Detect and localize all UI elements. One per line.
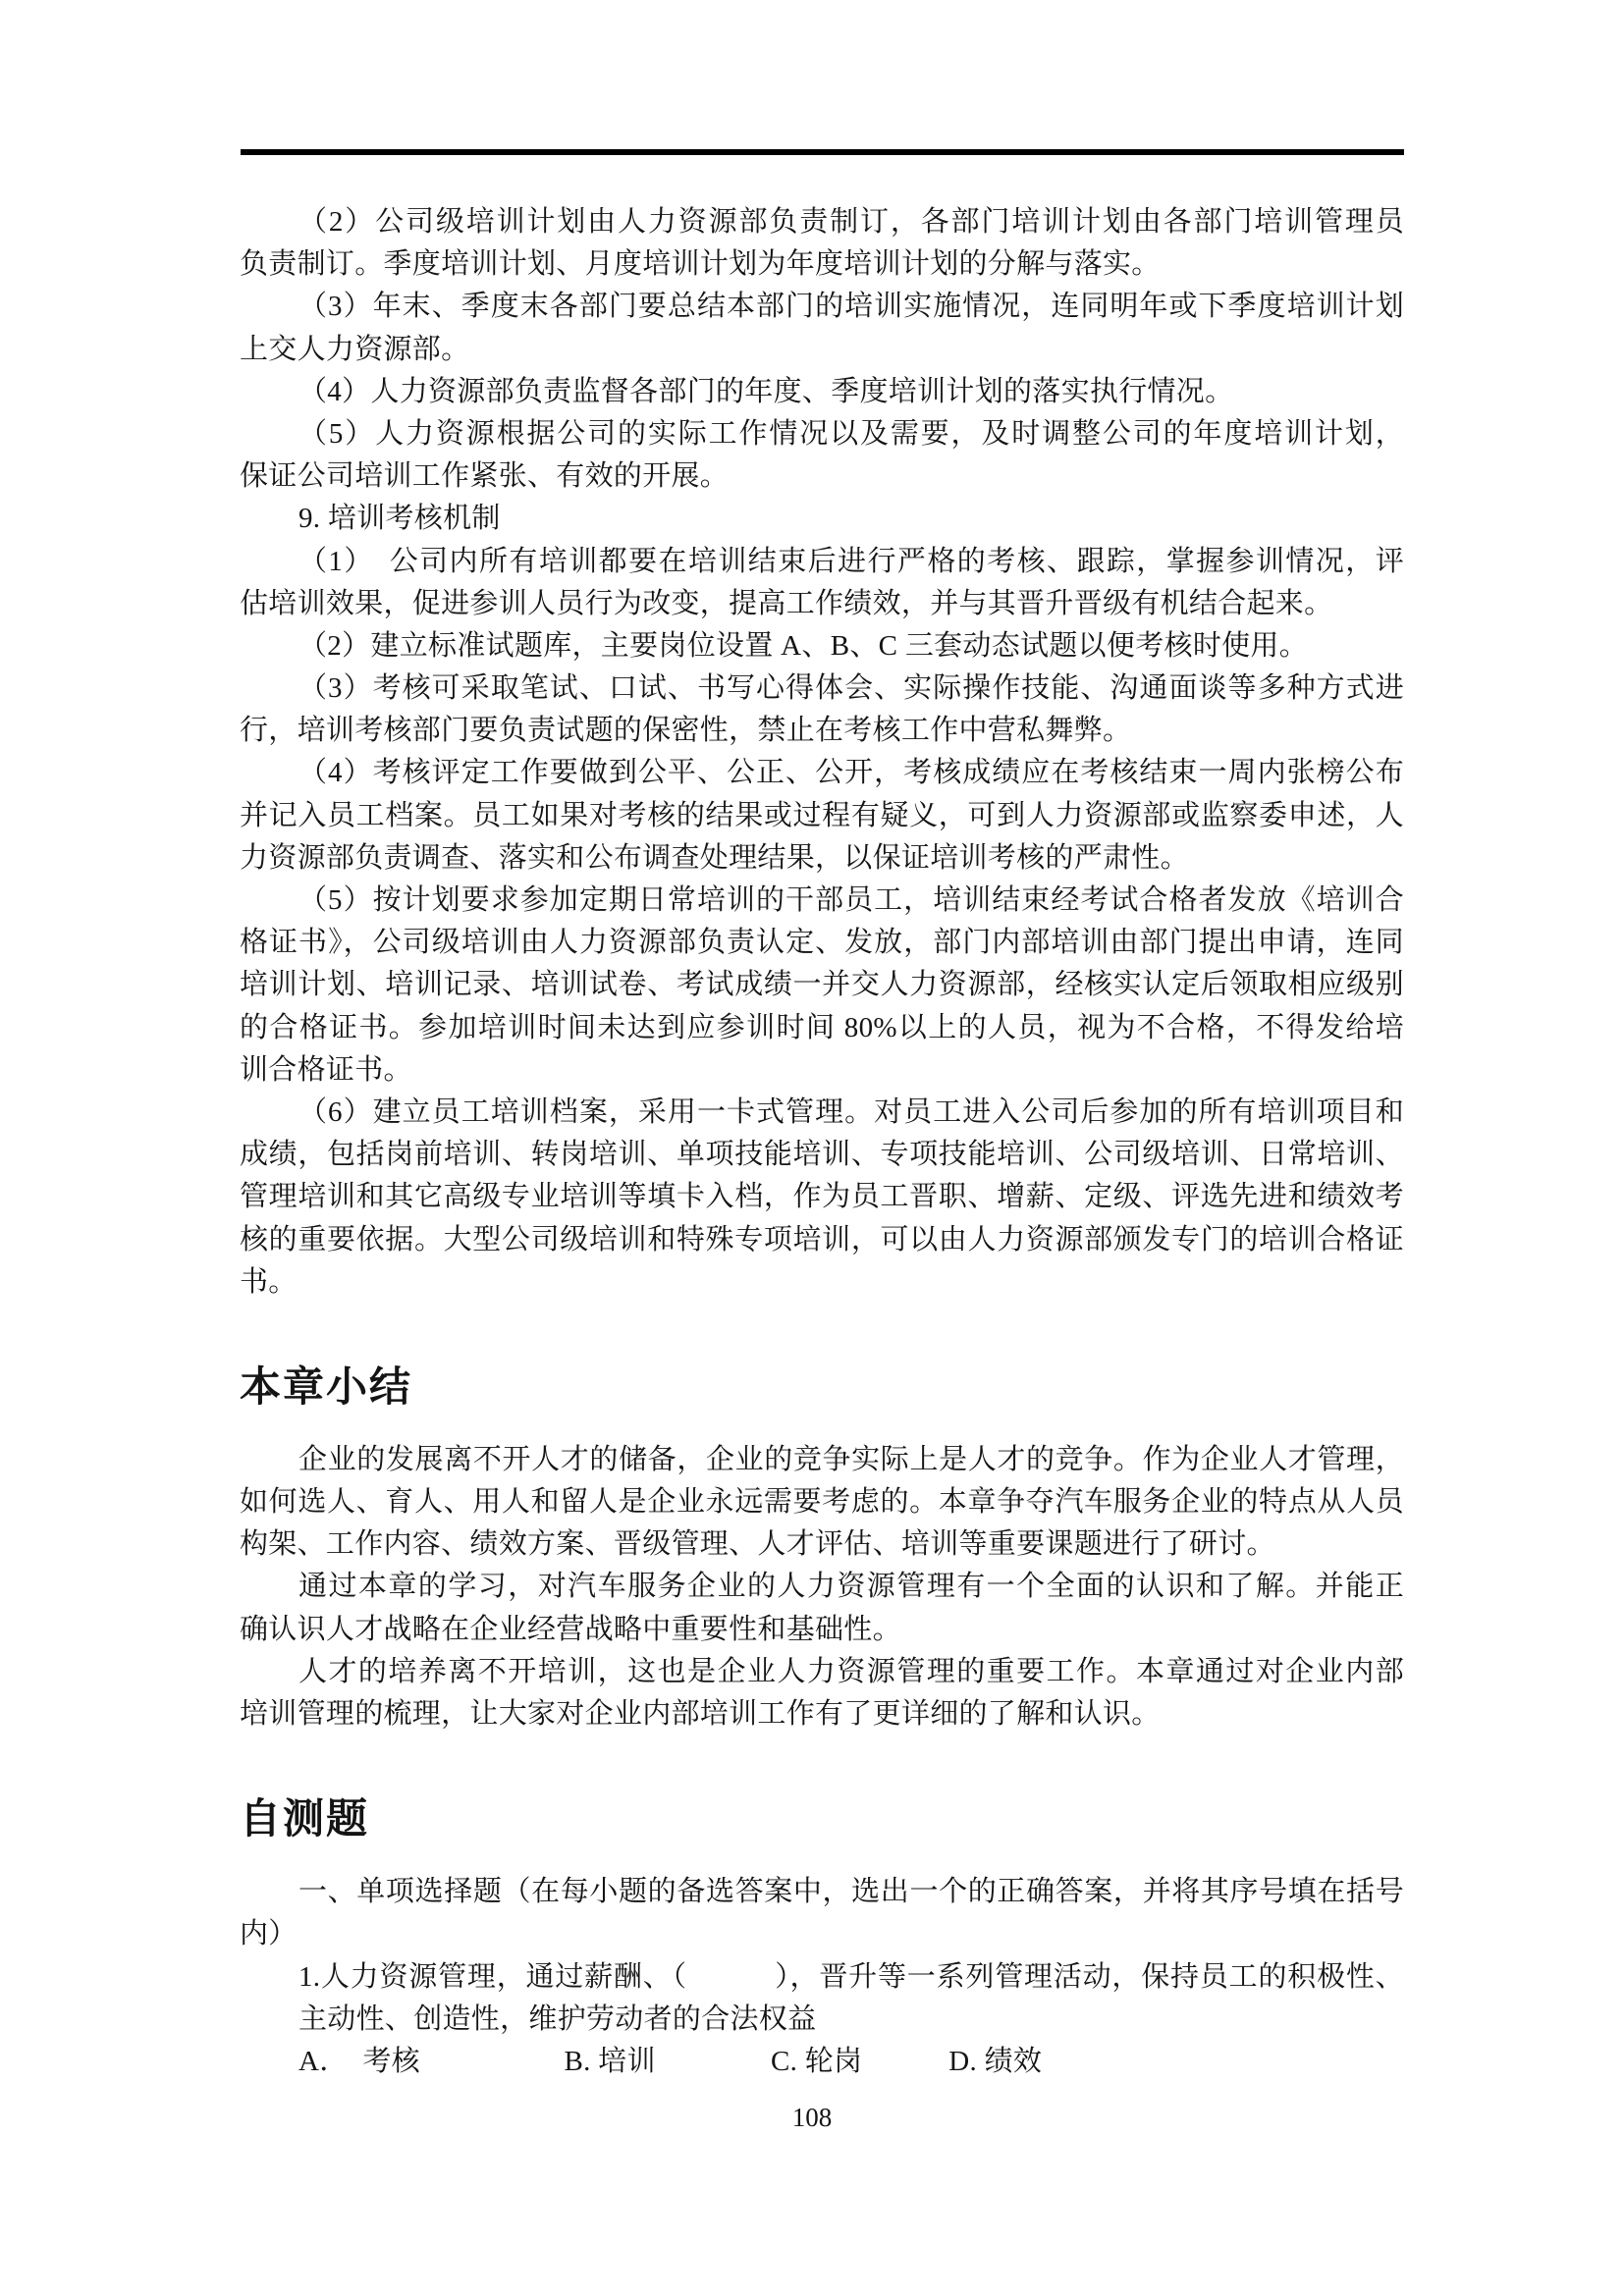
text-line: 上交人力资源部。 <box>240 329 1404 371</box>
header-rule <box>241 149 1404 155</box>
text-line: 人才的培养离不开培训，这也是企业人力资源管理的重要工作。本章通过对企业内部 <box>240 1651 1404 1693</box>
text-line: （1） 公司内所有培训都要在培训结束后进行严格的考核、跟踪，掌握参训情况，评 <box>240 541 1404 583</box>
text-line: 核的重要依据。大型公司级培训和特殊专项培训，可以由人力资源部颁发专门的培训合格证 <box>240 1219 1404 1261</box>
text-line: 企业的发展离不开人才的储备，企业的竞争实际上是人才的竞争。作为企业人才管理， <box>240 1439 1404 1481</box>
text-line: 内） <box>240 1913 1404 1955</box>
text-line: （6）建立员工培训档案，采用一卡式管理。对员工进入公司后参加的所有培训项目和 <box>240 1092 1404 1134</box>
text-line: 格证书》，公司级培训由人力资源部负责认定、发放，部门内部培训由部门提出申请，连同 <box>240 922 1404 964</box>
text-line: 行，培训考核部门要负责试题的保密性，禁止在考核工作中营私舞弊。 <box>240 710 1404 752</box>
text-line: （4）考核评定工作要做到公平、公正、公开，考核成绩应在考核结束一周内张榜公布 <box>240 752 1404 794</box>
self-test-heading: 自测题 <box>240 1794 1404 1845</box>
text-line: （4）人力资源部负责监督各部门的年度、季度培训计划的落实执行情况。 <box>240 371 1404 413</box>
text-line: 书。 <box>240 1261 1404 1304</box>
text-line: 如何选人、育人、用人和留人是企业永远需要考虑的。本章争夺汽车服务企业的特点从人员 <box>240 1481 1404 1523</box>
text-line: 主动性、创造性，维护劳动者的合法权益 <box>240 1999 1404 2041</box>
text-line: 管理培训和其它高级专业培训等填卡入档，作为员工晋职、增薪、定级、评选先进和绩效考 <box>240 1176 1404 1218</box>
text-line: 保证公司培训工作紧张、有效的开展。 <box>240 455 1404 498</box>
text-line: 培训计划、培训记录、培训试卷、考试成绩一并交人力资源部，经核实认定后领取相应级别 <box>240 964 1404 1006</box>
text-line: 确认识人才战略在企业经营战略中重要性和基础性。 <box>240 1609 1404 1651</box>
text-line: 通过本章的学习，对汽车服务企业的人力资源管理有一个全面的认识和了解。并能正 <box>240 1566 1404 1608</box>
text-line: （2）公司级培训计划由人力资源部负责制订，各部门培训计划由各部门培训管理员 <box>240 201 1404 243</box>
text-line: 力资源部负责调查、落实和公布调查处理结果，以保证培训考核的严肃性。 <box>240 837 1404 880</box>
text-line: 培训管理的梳理，让大家对企业内部培训工作有了更详细的了解和认识。 <box>240 1693 1404 1735</box>
text-line: 成绩，包括岗前培训、转岗培训、单项技能培训、专项技能培训、公司级培训、日常培训、 <box>240 1134 1404 1176</box>
text-line: （3）年末、季度末各部门要总结本部门的培训实施情况，连同明年或下季度培训计划 <box>240 286 1404 328</box>
document-page: （2）公司级培训计划由人力资源部负责制订，各部门培训计划由各部门培训管理员负责制… <box>0 0 1624 2296</box>
chapter-summary-heading: 本章小结 <box>240 1362 1404 1414</box>
text-line: 的合格证书。参加培训时间未达到应参训时间 80%以上的人员，视为不合格，不得发给… <box>240 1007 1404 1049</box>
text-line: 估培训效果，促进参训人员行为改变，提高工作绩效，并与其晋升晋级有机结合起来。 <box>240 583 1404 625</box>
text-line: 构架、工作内容、绩效方案、晋级管理、人才评估、培训等重要课题进行了研讨。 <box>240 1523 1404 1566</box>
text-line: 一、单项选择题（在每小题的备选答案中，选出一个的正确答案，并将其序号填在括号 <box>240 1871 1404 1913</box>
text-line: 1.人力资源管理，通过薪酬、（ ），晋升等一系列管理活动，保持员工的积极性、 <box>240 1956 1404 1999</box>
text-line: （2）建立标准试题库，主要岗位设置 A、B、C 三套动态试题以便考核时使用。 <box>240 625 1404 667</box>
text-line: 负责制订。季度培训计划、月度培训计划为年度培训计划的分解与落实。 <box>240 243 1404 286</box>
text-line: 并记入员工档案。员工如果对考核的结果或过程有疑义，可到人力资源部或监察委申述，人 <box>240 795 1404 837</box>
text-line: A． 考核 B. 培训 C. 轮岗 D. 绩效 <box>240 2041 1404 2083</box>
text-line: 训合格证书。 <box>240 1049 1404 1092</box>
text-line: （3）考核可采取笔试、口试、书写心得体会、实际操作技能、沟通面谈等多种方式进 <box>240 667 1404 710</box>
text-line: （5）按计划要求参加定期日常培训的干部员工，培训结束经考试合格者发放《培训合 <box>240 880 1404 922</box>
text-line: 9. 培训考核机制 <box>240 498 1404 540</box>
page-number: 108 <box>0 2103 1624 2132</box>
text-line: （5）人力资源根据公司的实际工作情况以及需要，及时调整公司的年度培训计划， <box>240 413 1404 455</box>
page-content: （2）公司级培训计划由人力资源部负责制订，各部门培训计划由各部门培训管理员负责制… <box>240 201 1404 2083</box>
